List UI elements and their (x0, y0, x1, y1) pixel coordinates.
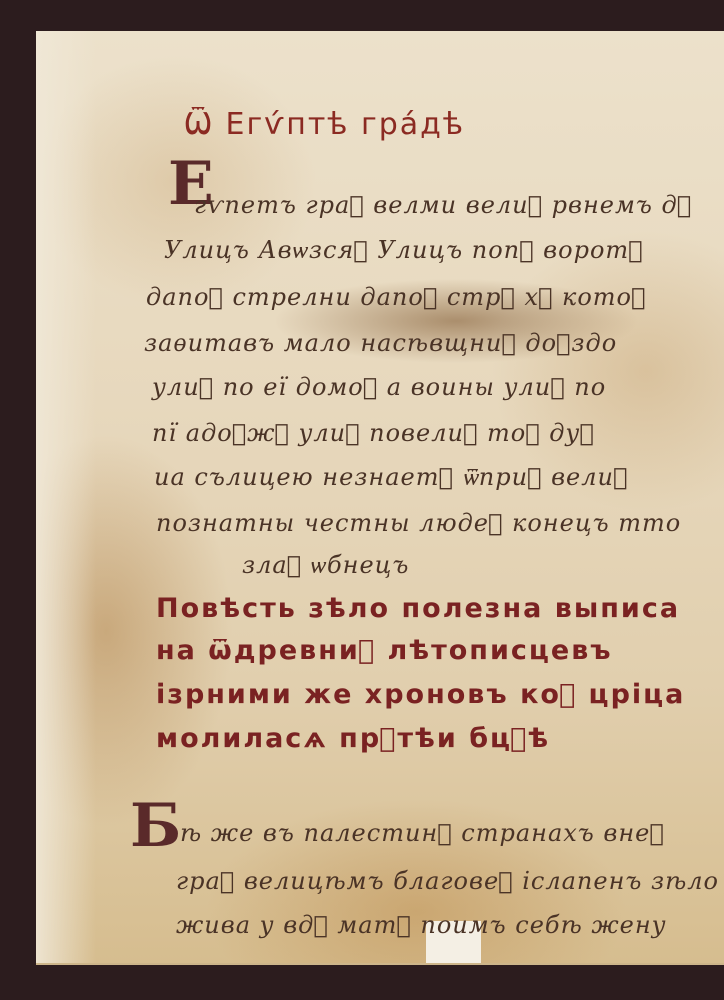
text-line: познатны честны людеⷤ конецъ тто (156, 509, 681, 537)
text-line: граⷣ велицѣмъ благовеⷭ іслапенъ зѣло (176, 867, 719, 895)
manuscript-heading: Ѿ Егѵ́птѣ гра́дѣ (184, 107, 465, 142)
text-line: злаⷮ ѡбнецъ (242, 551, 409, 580)
text-line: улиⷱ по еї домоⷱ а воины улиⷱ по (152, 373, 606, 401)
text-line: заѳитавъ мало насѣвщниⷩ доⷣздо (144, 329, 617, 357)
drop-cap-b: Б (130, 791, 181, 861)
text-line: иа сълицею незнаетⷭ ѿприⷩ велиⷦ (154, 463, 628, 492)
text-line: гѵпетъ граⷣ велми велиⷦ рвнемъ дⷧ (194, 191, 692, 219)
text-line: Улицъ Авѡзсяⷩ Улицъ попⷪ воротⷤ (164, 236, 644, 265)
text-line: пї адоⷣжⷩ улиⷱ повелиⷩ тоⷱ дуⷧ (152, 419, 595, 447)
rubric-line: на ѿдревниⷯ лѣтописцевъ (156, 635, 613, 666)
rubric-line: Повѣсть зѣло полезна выписа (156, 593, 680, 624)
text-line: ѣ же въ палестинⷭ странахъ внеⷩ (180, 819, 665, 847)
text-line: жива у вдⷪ матⷷ поимъ себѣ жену (176, 911, 667, 939)
manuscript-page: Ѿ Егѵ́птѣ гра́дѣ Е гѵпетъ граⷣ велми вел… (36, 31, 724, 965)
rubric-line: ізрними же хроновъ коⷶ цріца (156, 679, 685, 710)
rubric-line: молиласѧ прⷭтѣи бцⷣѣ (156, 723, 550, 754)
text-line: дапоⷣ стрелни дапоⷣ стрⷭ хⷶ котоⷬ (146, 283, 646, 311)
